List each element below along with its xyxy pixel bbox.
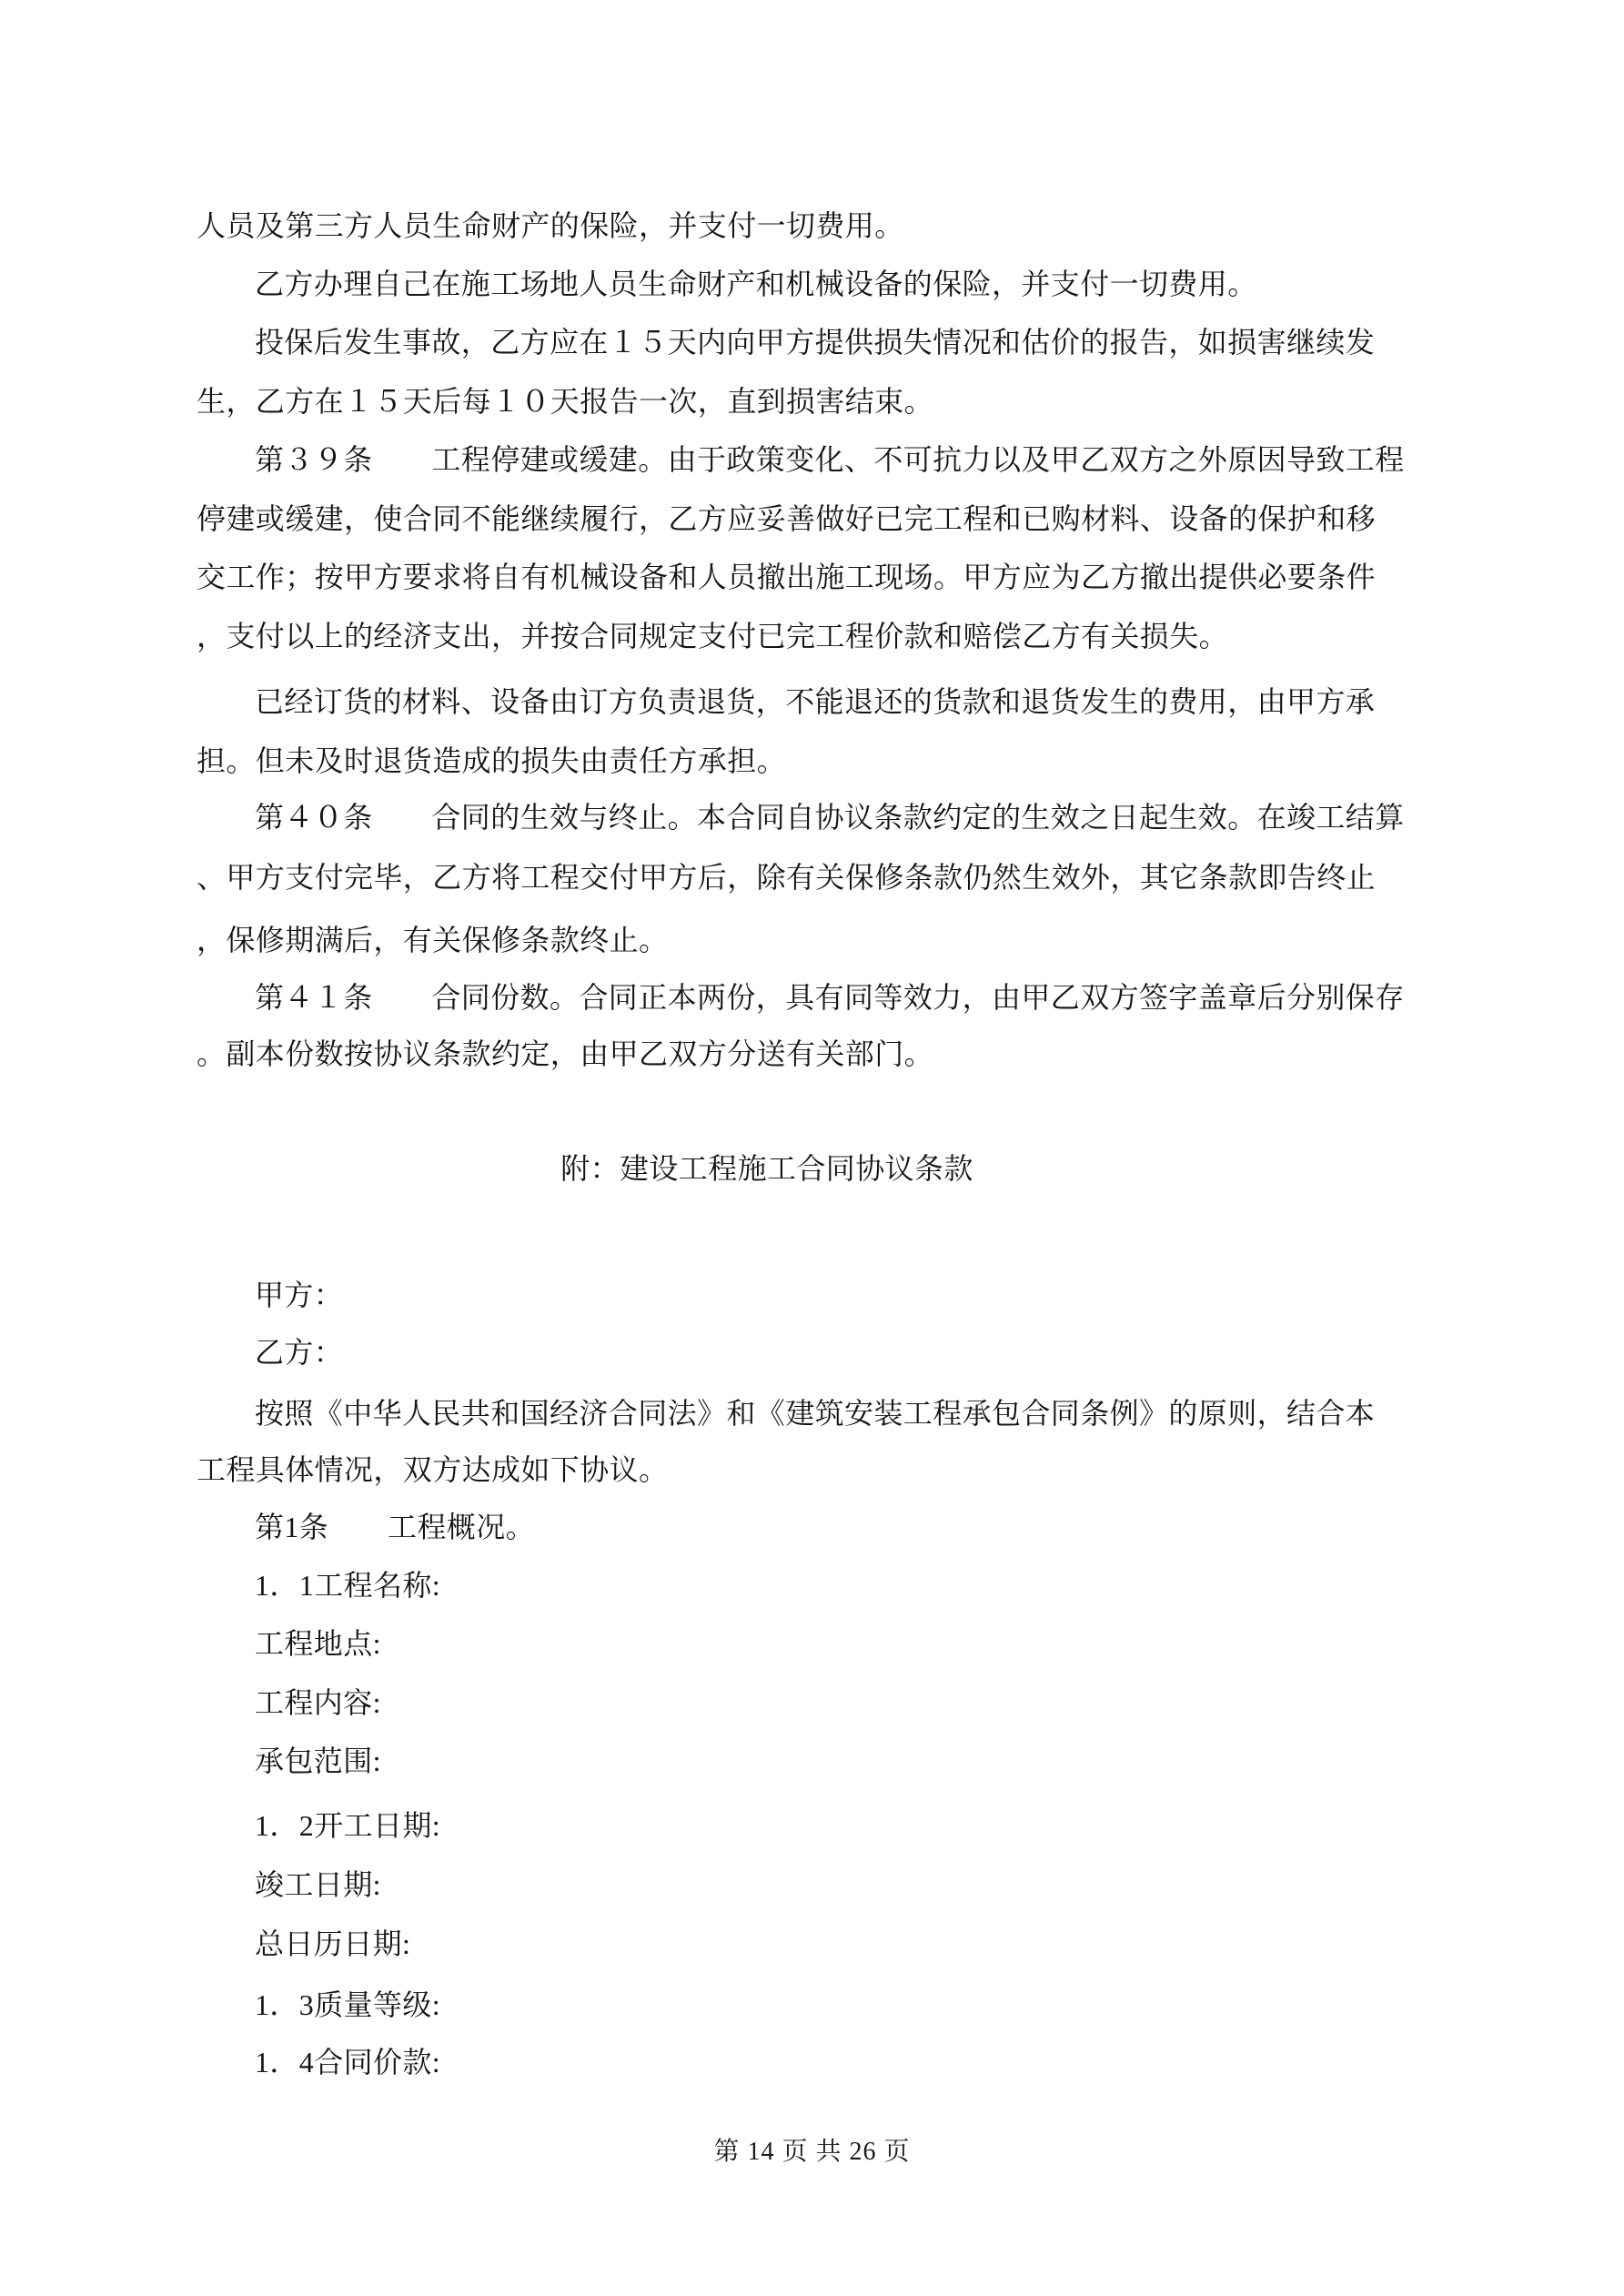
contract-line: ，支付以上的经济支出，并按合同规定支付已完工程价款和赔偿乙方有关损失。	[197, 617, 1228, 655]
contract-scope-field-label: 承包范围:	[255, 1742, 381, 1780]
contract-line: 人员及第三方人员生命财产的保险，并支付一切费用。	[197, 207, 904, 245]
contract-line: 已经订货的材料、设备由订方负责退货，不能退还的货款和退货发生的费用，由甲方承	[255, 683, 1375, 721]
party-b-label: 乙方：	[255, 1333, 343, 1371]
contract-clause-39-line: 第３９条 工程停建或缓建。由于政策变化、不可抗力以及甲乙双方之外原因导致工程	[255, 440, 1405, 479]
project-location-field-label: 工程地点:	[255, 1624, 381, 1663]
contract-document-page: 人员及第三方人员生命财产的保险，并支付一切费用。 乙方办理自己在施工场地人员生命…	[0, 0, 1624, 2296]
contract-line: 生，乙方在１５天后每１０天报告一次，直到损害结束。	[197, 382, 933, 420]
contract-clause-41-line: 第４１条 合同份数。合同正本两份，具有同等效力，由甲乙双方签字盖章后分别保存	[255, 978, 1405, 1017]
contract-line: 工程具体情况，双方达成如下协议。	[197, 1451, 668, 1489]
contract-price-field-label: 1．4合同价款:	[255, 2043, 440, 2081]
contract-clause-1-line: 第1条 工程概况。	[255, 1508, 535, 1546]
page-footer: 第 14 页 共 26 页	[0, 2136, 1624, 2169]
contract-line: 、甲方支付完毕，乙方将工程交付甲方后，除有关保修条款仍然生效外，其它条款即告终止	[197, 858, 1376, 896]
contract-line: 。副本份数按协议条款约定，由甲乙双方分送有关部门。	[197, 1035, 933, 1073]
contract-line: 乙方办理自己在施工场地人员生命财产和机械设备的保险，并支付一切费用。	[255, 265, 1257, 303]
contract-line: 担。但未及时退货造成的损失由责任方承担。	[197, 742, 786, 780]
attachment-heading: 附：建设工程施工合同协议条款	[197, 1149, 1337, 1188]
total-calendar-days-field-label: 总日历日期:	[255, 1925, 410, 1963]
start-date-field-label: 1．2开工日期:	[255, 1806, 440, 1845]
contract-line: 停建或缓建，使合同不能继续履行，乙方应妥善做好已完工程和已购材料、设备的保护和移	[197, 500, 1376, 538]
party-a-label: 甲方：	[255, 1276, 343, 1314]
project-content-field-label: 工程内容:	[255, 1684, 381, 1722]
contract-line: 按照《中华人民共和国经济合同法》和《建筑安装工程承包合同条例》的原则，结合本	[255, 1394, 1375, 1432]
contract-clause-40-line: 第４０条 合同的生效与终止。本合同自协议条款约定的生效之日起生效。在竣工结算	[255, 798, 1405, 836]
completion-date-field-label: 竣工日期:	[255, 1866, 381, 1904]
contract-line: 投保后发生事故，乙方应在１５天内向甲方提供损失情况和估价的报告，如损害继续发	[255, 323, 1375, 361]
quality-grade-field-label: 1．3质量等级:	[255, 1986, 440, 2024]
project-name-field-label: 1．1工程名称:	[255, 1566, 440, 1604]
contract-line: ，保修期满后，有关保修条款终止。	[197, 921, 668, 959]
contract-line: 交工作；按甲方要求将自有机械设备和人员撤出施工现场。甲方应为乙方撤出提供必要条件	[197, 558, 1376, 596]
